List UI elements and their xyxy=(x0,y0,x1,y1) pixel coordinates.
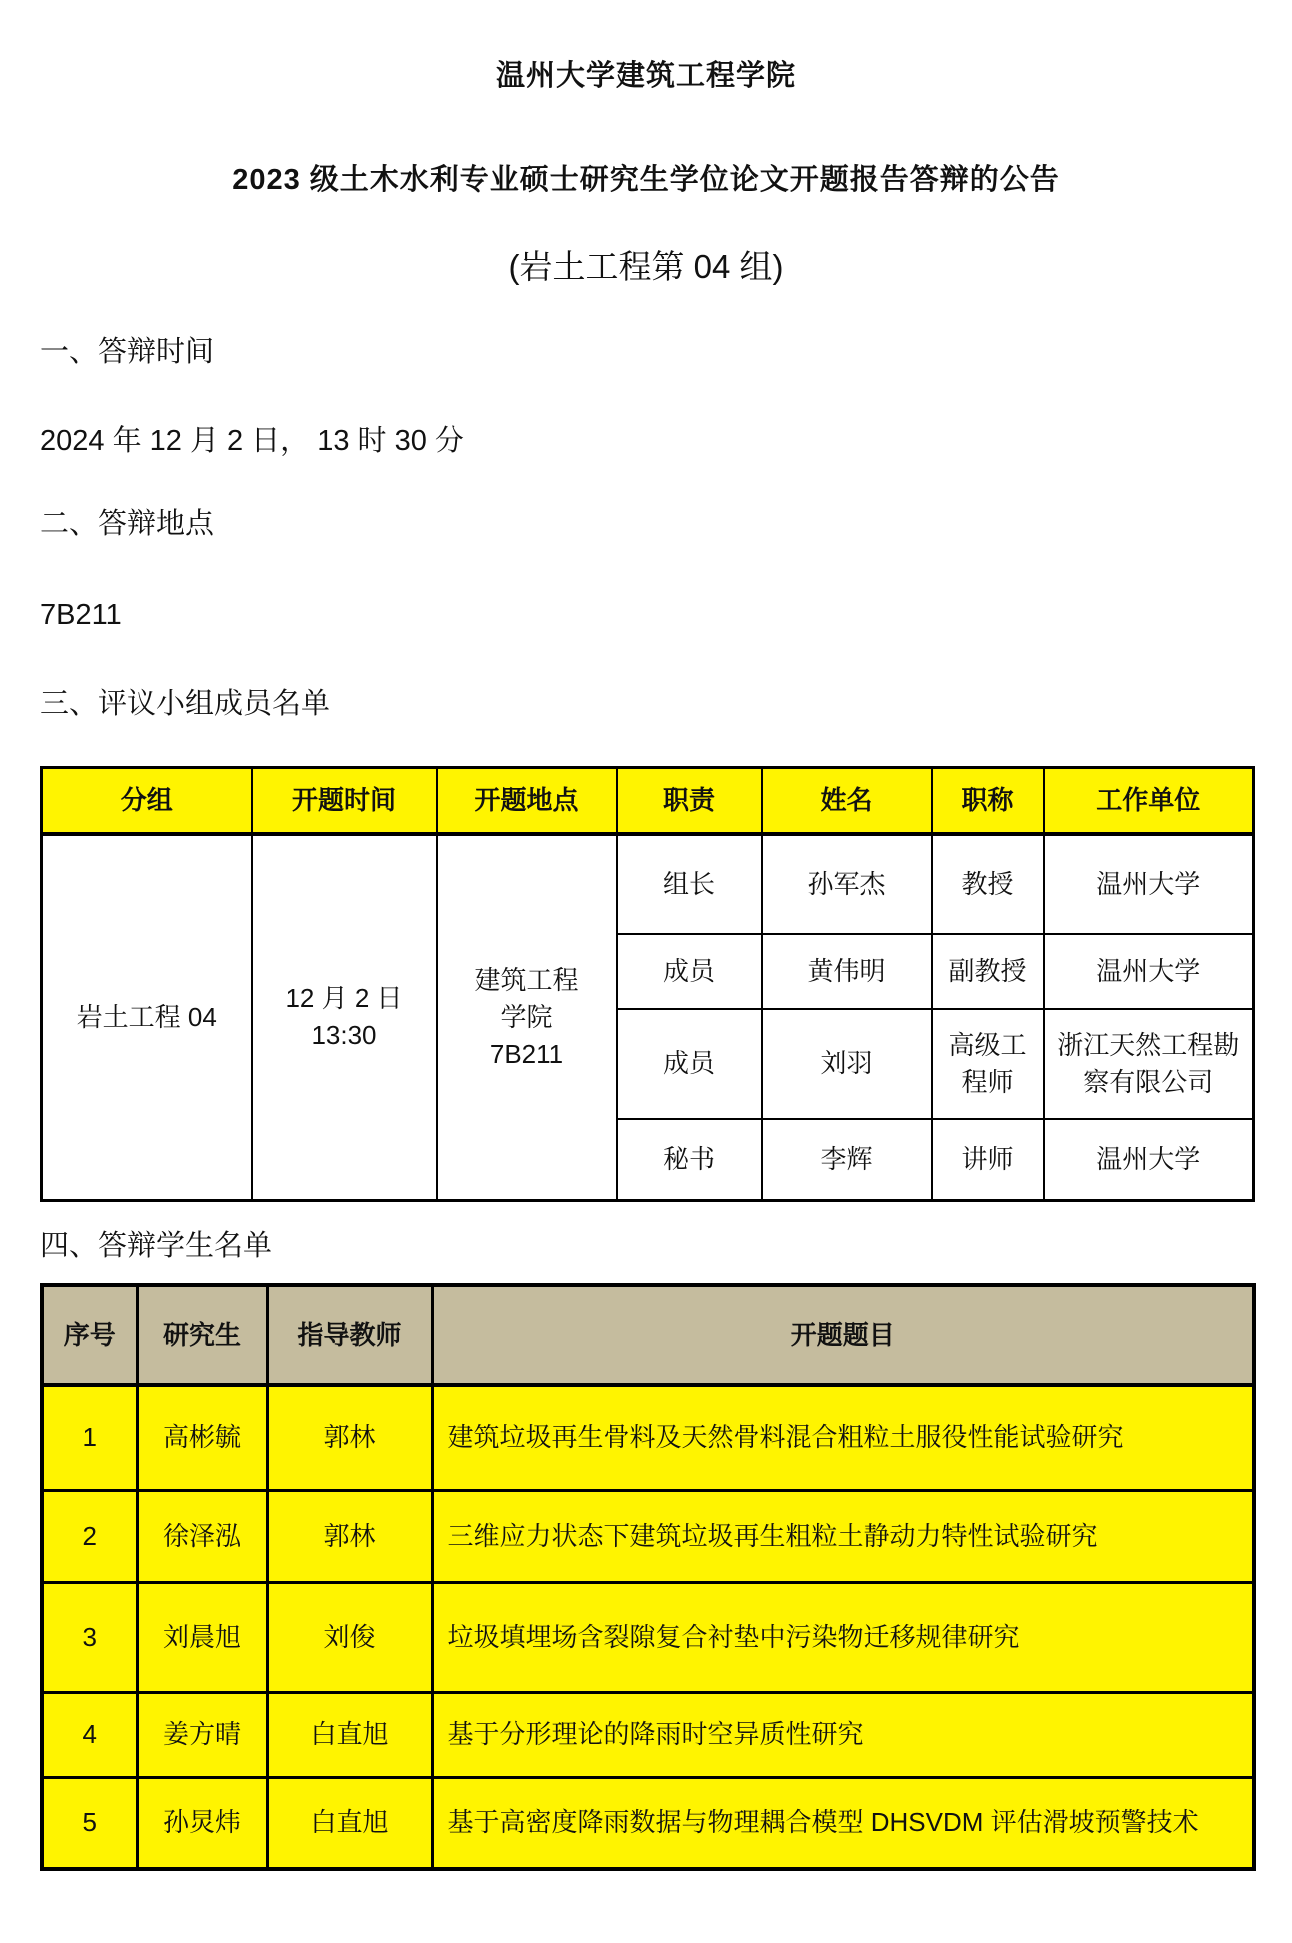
students-table: 序号 研究生 指导教师 开题题目 1 高彬毓 郭林 建筑垃圾再生骨料及天然骨料混… xyxy=(40,1283,1256,1871)
student-advisor: 白直旭 xyxy=(267,1692,432,1777)
student-topic: 垃圾填埋场含裂隙复合衬垫中污染物迁移规律研究 xyxy=(432,1582,1254,1692)
member-title: 高级工程师 xyxy=(932,1009,1044,1119)
group-line: (岩土工程第 04 组) xyxy=(40,246,1252,288)
student-name: 徐泽泓 xyxy=(137,1490,267,1582)
committee-col-title: 职称 xyxy=(932,768,1044,834)
member-org: 浙江天然工程勘察有限公司 xyxy=(1044,1009,1254,1119)
member-role: 成员 xyxy=(617,934,762,1009)
section-2-heading: 二、答辩地点 xyxy=(40,506,1252,542)
member-name: 刘羽 xyxy=(762,1009,932,1119)
defense-location-value: 7B211 xyxy=(40,596,1252,634)
student-topic: 基于高密度降雨数据与物理耦合模型 DHSVDM 评估滑坡预警技术 xyxy=(432,1777,1254,1869)
students-col-advisor: 指导教师 xyxy=(267,1285,432,1385)
member-role: 成员 xyxy=(617,1009,762,1119)
students-col-student: 研究生 xyxy=(137,1285,267,1385)
student-row-1: 1 高彬毓 郭林 建筑垃圾再生骨料及天然骨料混合粗粒土服役性能试验研究 xyxy=(42,1385,1254,1490)
section-4-heading: 四、答辩学生名单 xyxy=(40,1228,1252,1264)
member-name: 黄伟明 xyxy=(762,934,932,1009)
member-title: 副教授 xyxy=(932,934,1044,1009)
student-no: 1 xyxy=(42,1385,137,1490)
student-no: 3 xyxy=(42,1582,137,1692)
member-role: 组长 xyxy=(617,834,762,934)
student-advisor: 白直旭 xyxy=(267,1777,432,1869)
student-name: 姜方晴 xyxy=(137,1692,267,1777)
student-topic: 基于分形理论的降雨时空异质性研究 xyxy=(432,1692,1254,1777)
committee-time-line-1: 12 月 2 日 xyxy=(259,980,430,1017)
section-1-heading: 一、答辩时间 xyxy=(40,334,1252,370)
student-row-5: 5 孙炅炜 白直旭 基于高密度降雨数据与物理耦合模型 DHSVDM 评估滑坡预警… xyxy=(42,1777,1254,1869)
students-header-row: 序号 研究生 指导教师 开题题目 xyxy=(42,1285,1254,1385)
students-col-no: 序号 xyxy=(42,1285,137,1385)
committee-col-name: 姓名 xyxy=(762,768,932,834)
student-row-4: 4 姜方晴 白直旭 基于分形理论的降雨时空异质性研究 xyxy=(42,1692,1254,1777)
committee-col-location: 开题地点 xyxy=(437,768,617,834)
student-no: 2 xyxy=(42,1490,137,1582)
student-advisor: 刘俊 xyxy=(267,1582,432,1692)
committee-row-1: 岩土工程 04 12 月 2 日 13:30 建筑工程 学院 7B211 组长 … xyxy=(42,834,1254,934)
student-row-3: 3 刘晨旭 刘俊 垃圾填埋场含裂隙复合衬垫中污染物迁移规律研究 xyxy=(42,1582,1254,1692)
committee-location-line-1: 建筑工程 xyxy=(444,962,610,999)
member-name: 孙军杰 xyxy=(762,834,932,934)
student-topic: 建筑垃圾再生骨料及天然骨料混合粗粒土服役性能试验研究 xyxy=(432,1385,1254,1490)
committee-col-group: 分组 xyxy=(42,768,252,834)
student-no: 4 xyxy=(42,1692,137,1777)
committee-table: 分组 开题时间 开题地点 职责 姓名 职称 工作单位 岩土工程 04 12 月 … xyxy=(40,766,1255,1202)
committee-col-time: 开题时间 xyxy=(252,768,437,834)
member-name: 李辉 xyxy=(762,1119,932,1201)
member-title: 讲师 xyxy=(932,1119,1044,1201)
member-org: 温州大学 xyxy=(1044,834,1254,934)
student-name: 高彬毓 xyxy=(137,1385,267,1490)
section-3-heading: 三、评议小组成员名单 xyxy=(40,686,1252,722)
committee-location-cell: 建筑工程 学院 7B211 xyxy=(437,834,617,1201)
student-name: 刘晨旭 xyxy=(137,1582,267,1692)
document-page: 温州大学建筑工程学院 2023 级土木水利专业硕士研究生学位论文开题报告答辩的公… xyxy=(0,0,1292,1943)
committee-location-line-3: 7B211 xyxy=(444,1036,610,1073)
student-advisor: 郭林 xyxy=(267,1490,432,1582)
committee-col-role: 职责 xyxy=(617,768,762,834)
student-topic: 三维应力状态下建筑垃圾再生粗粒土静动力特性试验研究 xyxy=(432,1490,1254,1582)
committee-location-line-2: 学院 xyxy=(444,999,610,1036)
committee-header-row: 分组 开题时间 开题地点 职责 姓名 职称 工作单位 xyxy=(42,768,1254,834)
student-name: 孙炅炜 xyxy=(137,1777,267,1869)
students-col-topic: 开题题目 xyxy=(432,1285,1254,1385)
student-no: 5 xyxy=(42,1777,137,1869)
student-advisor: 郭林 xyxy=(267,1385,432,1490)
page-subtitle: 2023 级土木水利专业硕士研究生学位论文开题报告答辩的公告 xyxy=(40,162,1252,198)
committee-col-org: 工作单位 xyxy=(1044,768,1254,834)
member-role: 秘书 xyxy=(617,1119,762,1201)
member-org: 温州大学 xyxy=(1044,934,1254,1009)
committee-group-cell: 岩土工程 04 xyxy=(42,834,252,1201)
member-title: 教授 xyxy=(932,834,1044,934)
defense-time-value: 2024 年 12 月 2 日， 13 时 30 分 xyxy=(40,422,1252,460)
committee-time-line-2: 13:30 xyxy=(259,1017,430,1054)
page-title: 温州大学建筑工程学院 xyxy=(40,58,1252,94)
committee-time-cell: 12 月 2 日 13:30 xyxy=(252,834,437,1201)
student-row-2: 2 徐泽泓 郭林 三维应力状态下建筑垃圾再生粗粒土静动力特性试验研究 xyxy=(42,1490,1254,1582)
member-org: 温州大学 xyxy=(1044,1119,1254,1201)
